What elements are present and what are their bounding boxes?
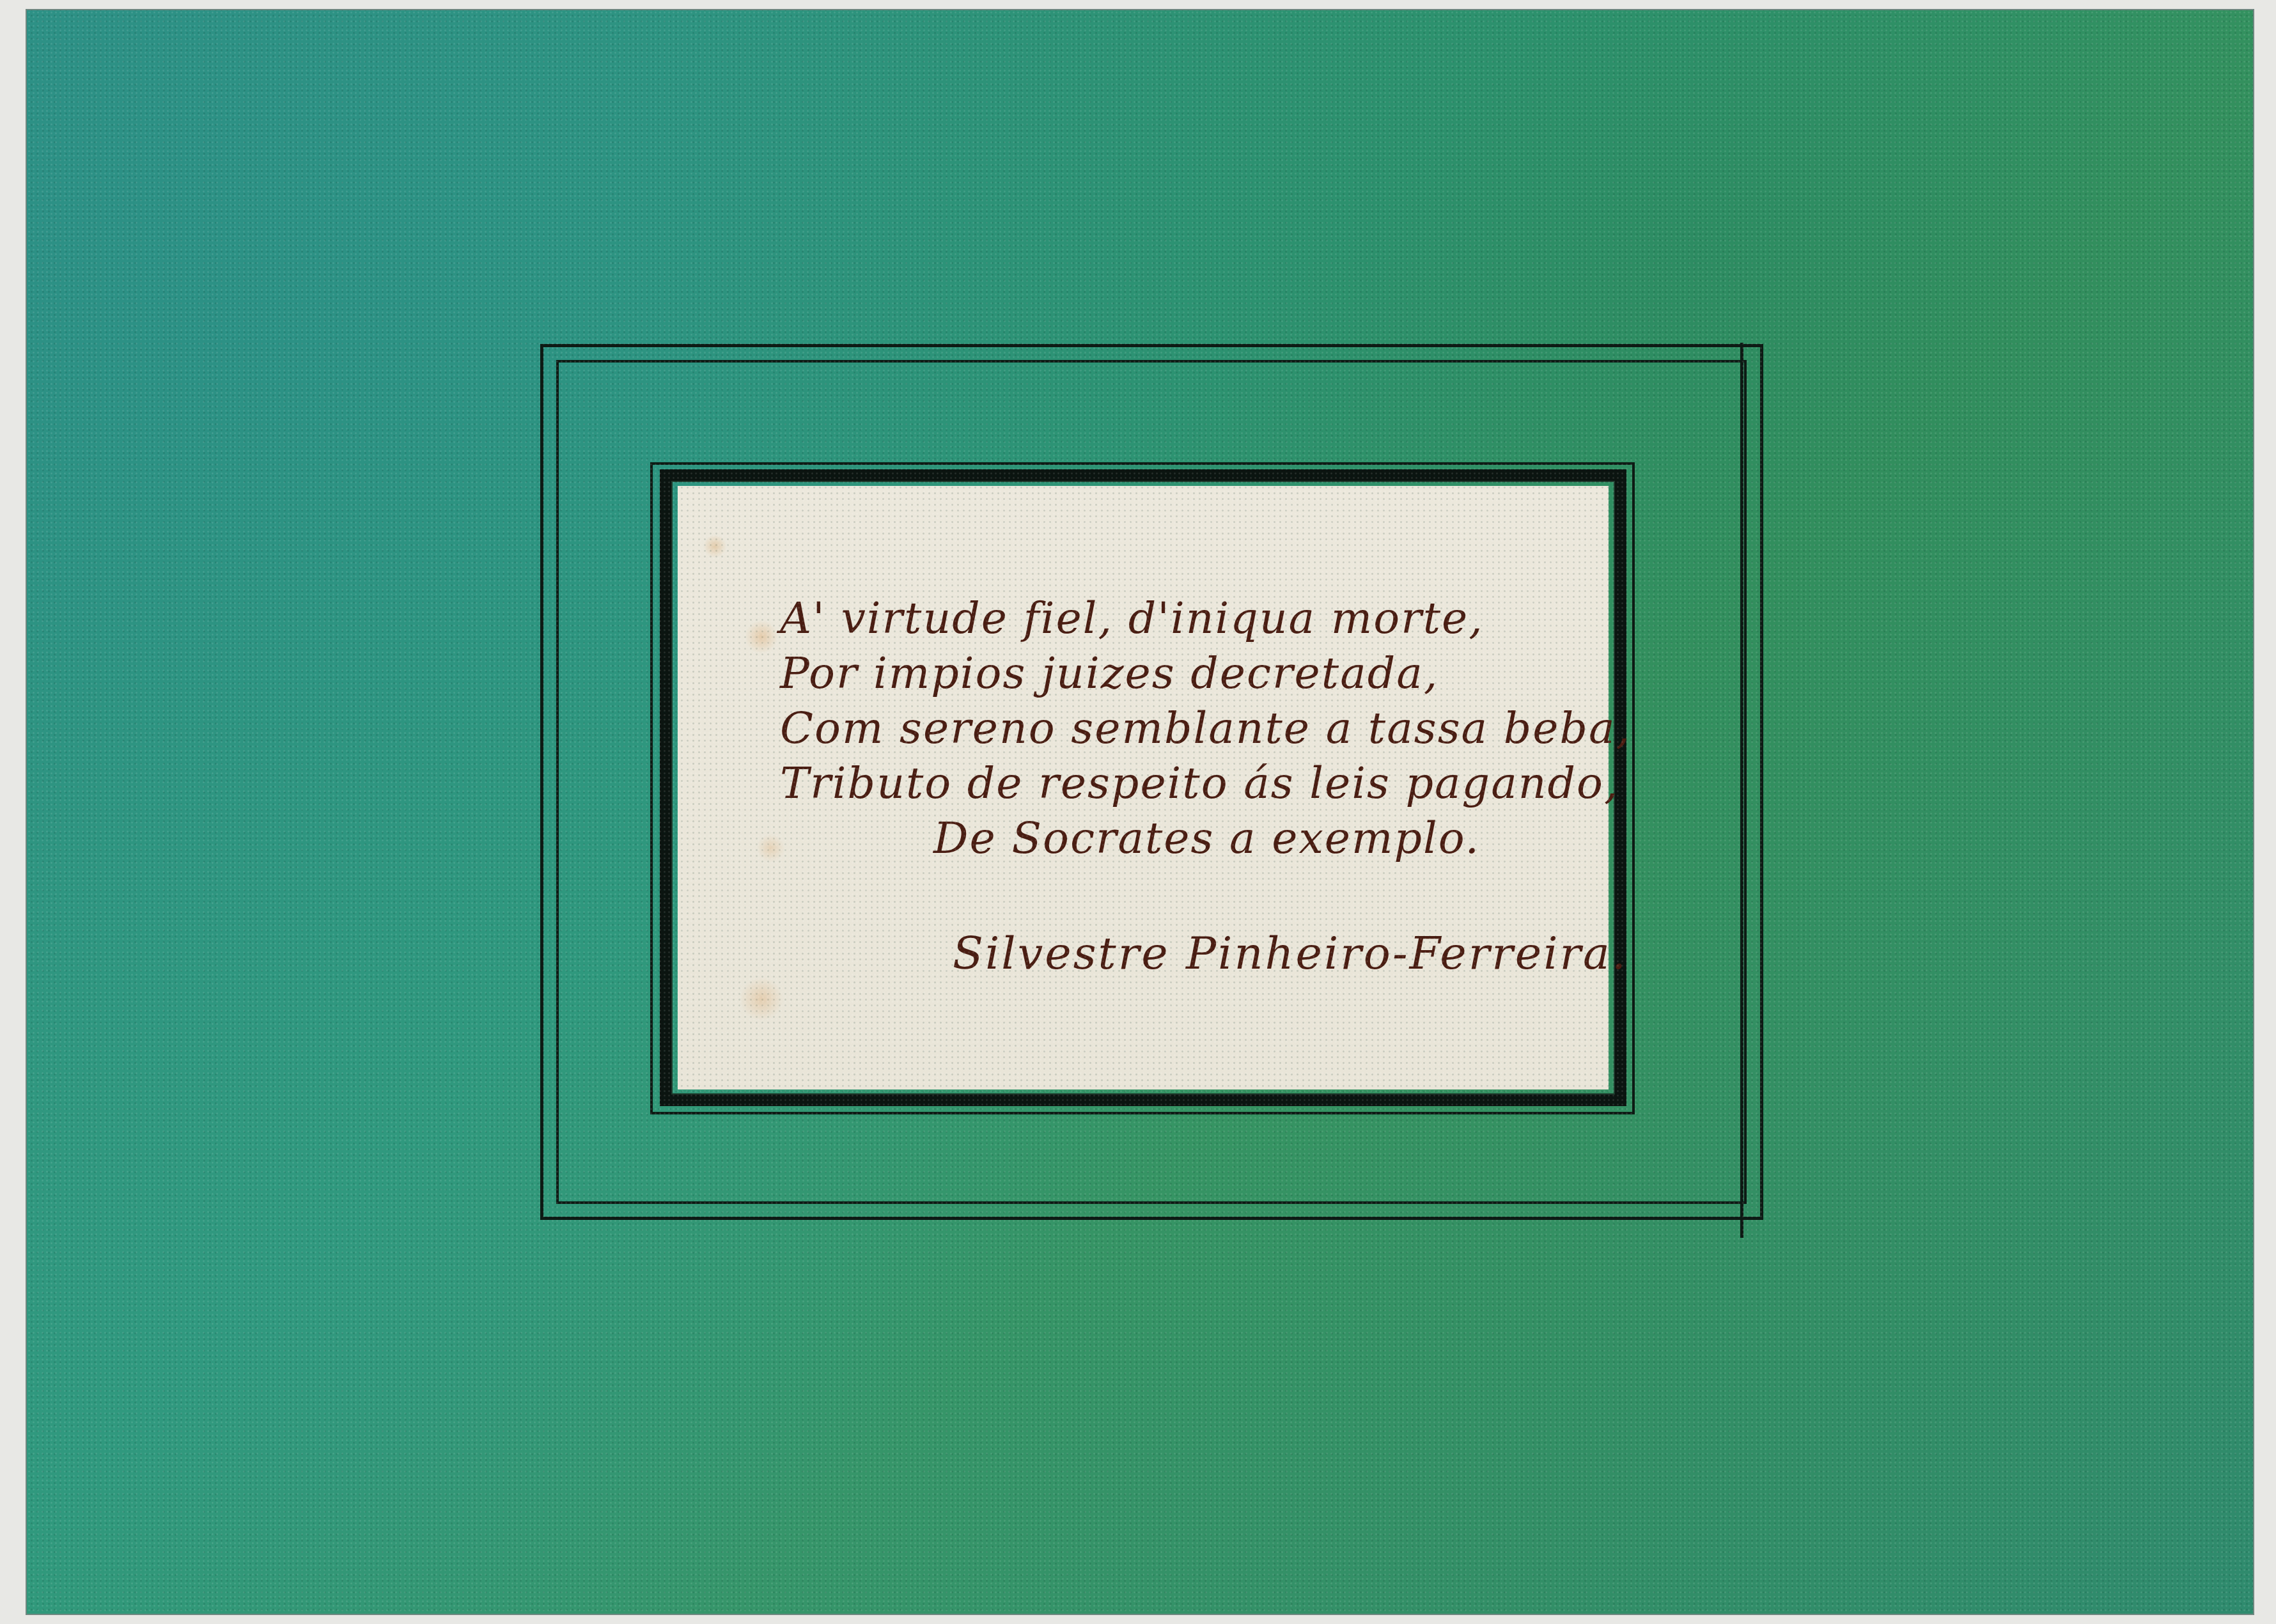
- poem-line: A' virtude fiel, d'iniqua morte,: [780, 591, 1631, 646]
- manuscript-card: A' virtude fiel, d'iniqua morte, Por imp…: [678, 486, 1609, 1089]
- frame-overrun-line: [1740, 343, 1743, 1238]
- poem-text: A' virtude fiel, d'iniqua morte, Por imp…: [780, 591, 1631, 866]
- poem-line: De Socrates a exemplo.: [780, 811, 1631, 866]
- poem-line: Por impios juizes decretada,: [780, 646, 1631, 701]
- green-mount-sheet: A' virtude fiel, d'iniqua morte, Por imp…: [27, 10, 2253, 1614]
- author-signature: Silvestre Pinheiro-Ferreira.: [953, 927, 1628, 980]
- poem-line: Com sereno semblante a tassa beba,: [780, 701, 1631, 756]
- poem-line: Tributo de respeito ás leis pagando,: [780, 756, 1631, 811]
